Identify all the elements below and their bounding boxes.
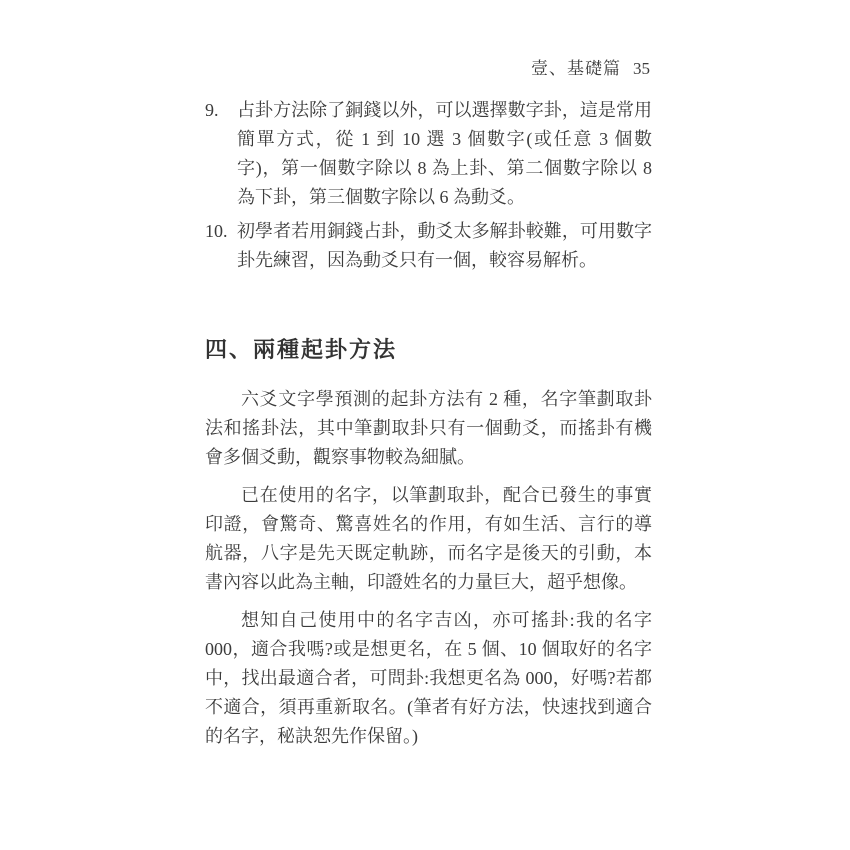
page-number: 35 — [633, 59, 650, 78]
running-header-section-title: 壹、基礎篇 — [531, 59, 621, 78]
paragraph: 已在使用的名字，以筆劃取卦，配合已發生的事實印證，會驚奇、驚喜姓名的作用，有如生… — [205, 481, 652, 597]
numbered-list: 9. 占卦方法除了銅錢以外，可以選擇數字卦，這是常用簡單方式，從 1 到 10 … — [205, 96, 652, 275]
section-heading: 四、兩種起卦方法 — [205, 335, 652, 365]
page-content: 9. 占卦方法除了銅錢以外，可以選擇數字卦，這是常用簡單方式，從 1 到 10 … — [205, 96, 652, 760]
list-item: 10. 初學者若用銅錢占卦，動爻太多解卦較難，可用數字卦先練習，因為動爻只有一個… — [205, 217, 652, 275]
running-header: 壹、基礎篇35 — [531, 54, 650, 79]
list-item-number: 10. — [205, 217, 237, 275]
book-page: 壹、基礎篇35 9. 占卦方法除了銅錢以外，可以選擇數字卦，這是常用簡單方式，從… — [0, 0, 850, 850]
paragraph: 想知自己使用中的名字吉凶，亦可搖卦:我的名字 000，適合我嗎?或是想更名，在 … — [205, 606, 652, 751]
list-item-text: 初學者若用銅錢占卦，動爻太多解卦較難，可用數字卦先練習，因為動爻只有一個，較容易… — [237, 217, 652, 275]
paragraph: 六爻文字學預測的起卦方法有 2 種，名字筆劃取卦法和搖卦法，其中筆劃取卦只有一個… — [205, 385, 652, 472]
list-item-number: 9. — [205, 96, 237, 212]
list-item-text: 占卦方法除了銅錢以外，可以選擇數字卦，這是常用簡單方式，從 1 到 10 選 3… — [237, 96, 652, 212]
list-item: 9. 占卦方法除了銅錢以外，可以選擇數字卦，這是常用簡單方式，從 1 到 10 … — [205, 96, 652, 212]
